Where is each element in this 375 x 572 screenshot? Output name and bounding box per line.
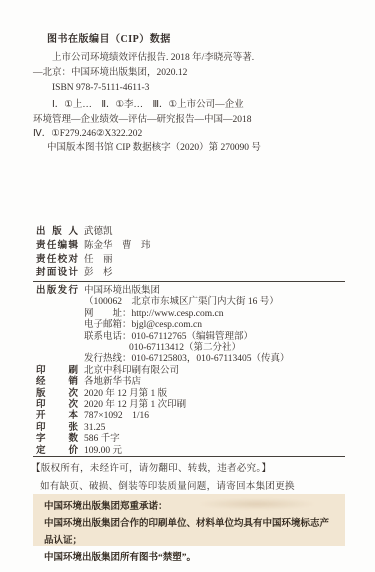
imprint-row: 经销各地新华书店: [36, 377, 353, 388]
imprint-label: 字数: [36, 434, 78, 445]
staff-credits: 出版人武德凯 责任编辑陈金华 曹 玮 责任校对任 丽 封面设计彭 杉: [36, 226, 151, 281]
publisher-hotline: 发行热线：010-67125803，010-67113405（传真）: [84, 354, 353, 365]
staff-value: 彭 杉: [84, 268, 113, 278]
divider-rule: [33, 456, 345, 457]
imprint-row: 字数586 千字: [36, 434, 353, 445]
staff-value: 任 丽: [84, 255, 113, 265]
cip-record-line: 上市公司环境绩效评估报告. 2018 年/李晓亮等著.: [33, 51, 349, 66]
staff-row: 封面设计彭 杉: [36, 267, 151, 281]
isbn-line: ISBN 978-7-5111-4611-3: [33, 81, 349, 96]
imprint-label: 印张: [36, 423, 78, 434]
imprint-value: 586 千字: [84, 434, 120, 444]
cip-heading: 图书在版编目（CIP）数据: [47, 30, 171, 45]
staff-label: 出版人: [36, 226, 78, 240]
copyright-notice: 【版权所有，未经许可，请勿翻印、转载，违者必究。】: [31, 460, 271, 474]
promise-heading: 中国环境出版集团郑重承诺：: [44, 499, 334, 516]
imprint-label: 印次: [36, 400, 78, 411]
staff-label: 责任校对: [36, 254, 78, 268]
cip-record: 上市公司环境绩效评估报告. 2018 年/李晓亮等著. —北京：中国环境出版集团…: [33, 51, 349, 96]
publisher-address: （100062 北京市东城区广渠门内大街 16 号）: [84, 297, 353, 308]
publisher-phone-2: 010-67113412（第二分社）: [129, 343, 353, 354]
imprint-label: 印刷: [36, 366, 78, 377]
cip-record-line: —北京：中国环境出版集团，2020.12: [33, 66, 349, 81]
colophon-page: 图书在版编目（CIP）数据 上市公司环境绩效评估报告. 2018 年/李晓亮等著…: [0, 0, 375, 572]
cip-classification-line: 环境管理—企业绩效—评估—研究报告—中国—2018: [33, 113, 349, 128]
imprint-value: 各地新华书店: [84, 377, 141, 387]
promise-line: 中国环境出版集团合作的印刷单位、材料单位均具有中国环境标志产品认证；: [44, 516, 334, 550]
staff-label: 责任编辑: [36, 240, 78, 254]
imprint-row: 印次2020 年 12 月第 1 次印刷: [36, 400, 353, 411]
imprint-label: 开本: [36, 411, 78, 422]
promise-line: 中国环境出版集团所有图书“禁塑”。: [44, 550, 334, 567]
staff-label: 封面设计: [36, 267, 78, 281]
imprint-row: 印张31.25: [36, 423, 353, 434]
imprint-value: 109.00 元: [84, 446, 122, 456]
cip-classification: Ⅰ．①上… Ⅱ．①李… Ⅲ．①上市公司—企业 环境管理—企业绩效—评估—研究报告…: [33, 98, 349, 142]
imprint-value: 787×1092 1/16: [84, 411, 149, 421]
staff-row: 出版人武德凯: [36, 226, 151, 240]
imprint-value: 31.25: [84, 423, 105, 433]
imprint-label: 版次: [36, 389, 78, 400]
imprint-row: 印刷北京中科印刷有限公司: [36, 366, 353, 377]
cip-registry-number: 中国版本图书馆 CIP 数据核字（2020）第 270090 号: [47, 139, 261, 153]
publisher-website: 网 址：http://www.cesp.com.cn: [84, 309, 353, 320]
publisher-email: 电子邮箱：bjgl@cesp.com.cn: [84, 320, 353, 331]
publisher-row: 出版发行中国环境出版集团: [36, 286, 353, 297]
publisher-label: 出版发行: [36, 286, 78, 297]
cip-classification-line: Ⅰ．①上… Ⅱ．①李… Ⅲ．①上市公司—企业: [33, 98, 349, 113]
imprint-value: 北京中科印刷有限公司: [84, 366, 179, 376]
imprint-label: 经销: [36, 377, 78, 388]
imprint-row: 开本787×1092 1/16: [36, 411, 353, 422]
staff-row: 责任编辑陈金华 曹 玮: [36, 240, 151, 254]
imprint-value: 2020 年 12 月第 1 次印刷: [84, 400, 186, 410]
publishing-info: 出版发行中国环境出版集团 （100062 北京市东城区广渠门内大街 16 号） …: [36, 286, 353, 457]
publisher-phone: 联系电话：010-67112765（编辑管理部）: [84, 332, 353, 343]
staff-row: 责任校对任 丽: [36, 254, 151, 268]
promise-box: 中国环境出版集团郑重承诺： 中国环境出版集团合作的印刷单位、材料单位均具有中国环…: [33, 494, 345, 546]
divider-rule: [33, 281, 345, 282]
staff-value: 陈金华 曹 玮: [84, 241, 151, 251]
staff-value: 武德凯: [84, 227, 113, 237]
imprint-row: 版次2020 年 12 月第 1 版: [36, 389, 353, 400]
imprint-value: 2020 年 12 月第 1 版: [84, 389, 167, 399]
quality-notice: 如有缺页、破损、倒装等印装质量问题，请寄回本集团更换: [40, 478, 295, 492]
publisher-name: 中国环境出版集团: [84, 286, 160, 296]
